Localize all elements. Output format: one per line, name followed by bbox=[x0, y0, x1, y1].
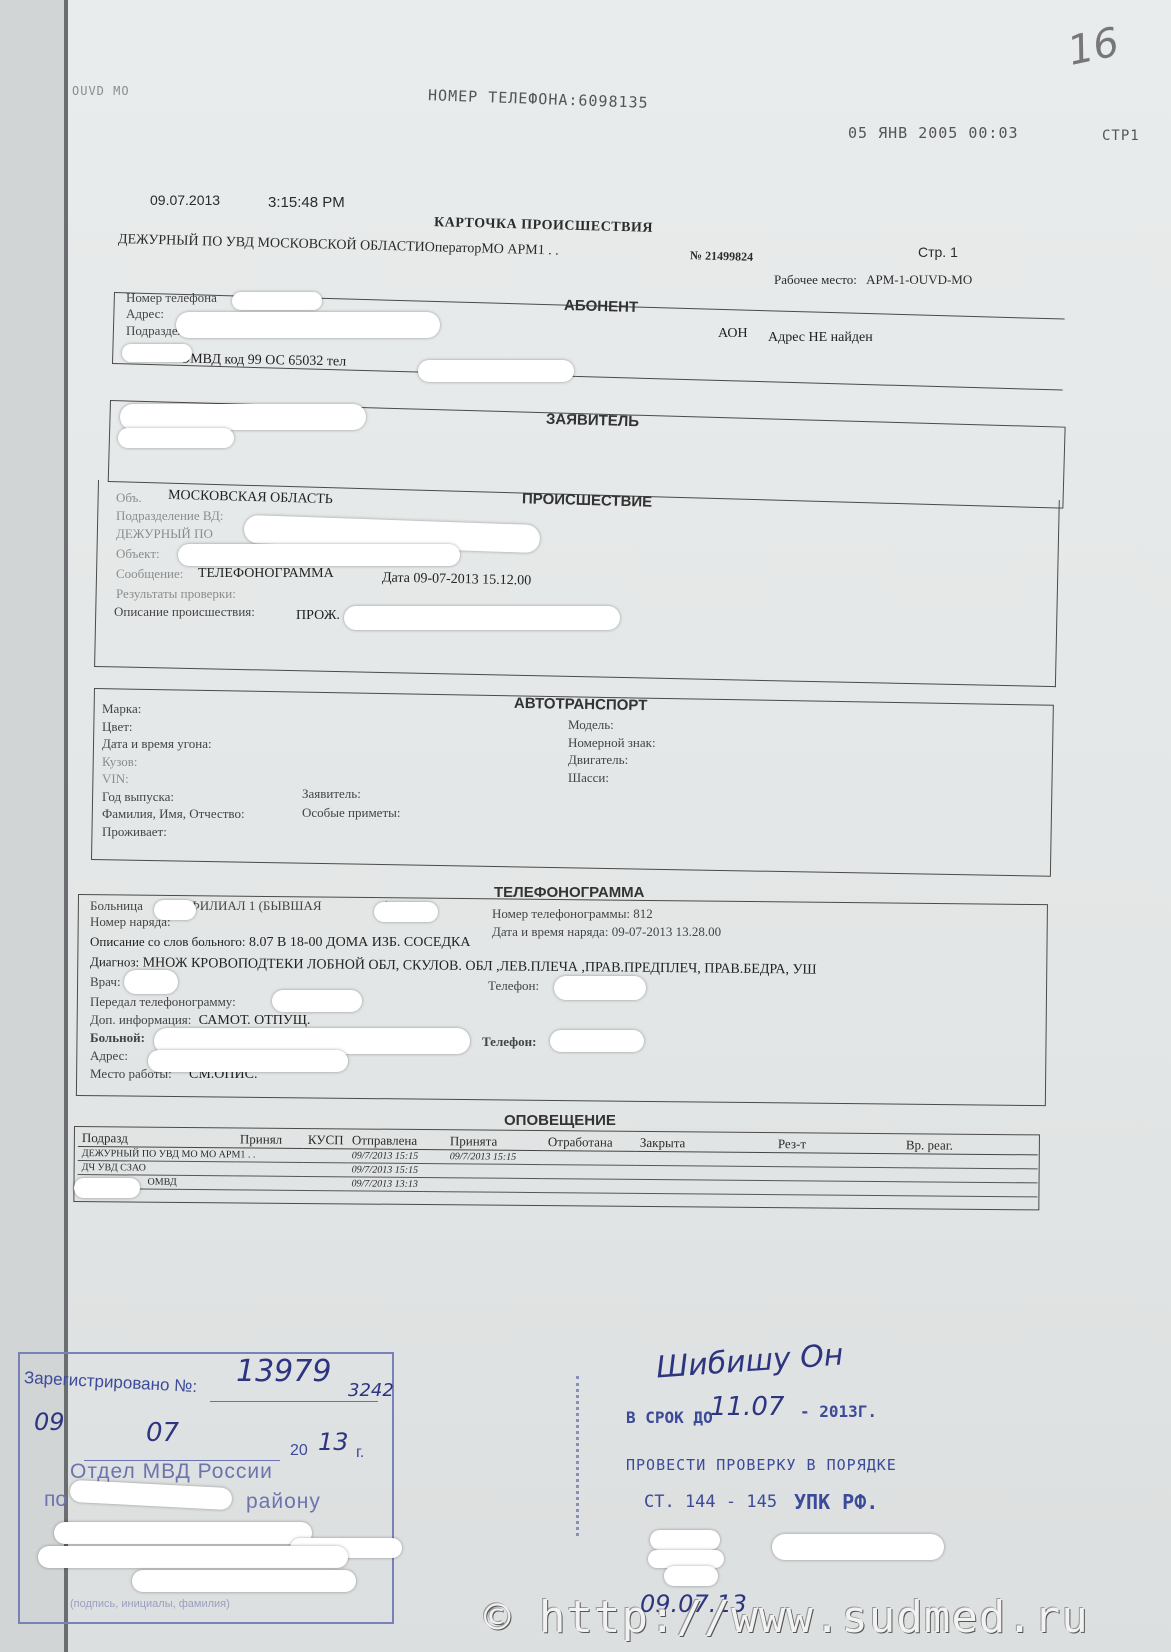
workplace-label: Рабочее место: bbox=[774, 272, 857, 287]
subscriber-division-line: ОМВД код 99 ОС 65032 тел bbox=[180, 352, 346, 371]
vehicle-middle-fields: Заявитель: Особые приметы: bbox=[302, 784, 400, 822]
fax-phone-number: НОМЕР ТЕЛЕФОНА:6098135 bbox=[428, 86, 649, 112]
patient-address-label: Адрес: bbox=[90, 1048, 128, 1064]
signature-caption: (подпись, инициалы, фамилия) bbox=[70, 1598, 230, 1610]
redaction bbox=[178, 544, 460, 566]
print-date: 09.07.2013 bbox=[150, 192, 220, 208]
telephonogram-number-label: Номер телефонограммы: bbox=[492, 906, 630, 921]
redaction bbox=[118, 428, 234, 448]
vehicle-field-residence: Проживает: bbox=[102, 823, 302, 841]
doctor-phone-label: Телефон: bbox=[488, 978, 539, 994]
applicant-title: ЗАЯВИТЕЛЬ bbox=[546, 411, 640, 431]
redaction bbox=[154, 900, 196, 920]
vehicle-field-engine: Двигатель: bbox=[568, 751, 656, 769]
watermark: © http://www.sudmed.ru bbox=[484, 1592, 1089, 1643]
redaction bbox=[38, 1546, 348, 1568]
cell-result bbox=[774, 1153, 902, 1168]
deadline-handwritten: 11.07 bbox=[710, 1392, 784, 1422]
cell-closed bbox=[635, 1179, 773, 1194]
redaction bbox=[148, 1050, 348, 1072]
doctor-label: Врач: bbox=[90, 974, 121, 990]
redaction bbox=[132, 1570, 356, 1592]
incident-message-label: Сообщение: bbox=[116, 566, 183, 582]
diagnosis-label: Диагноз: bbox=[90, 954, 139, 970]
redaction bbox=[650, 1530, 720, 1550]
number-underline bbox=[210, 1401, 378, 1402]
patient-words-value: 8.07 В 18-00 ДОМА ИЗБ. СОСЕДКА bbox=[249, 935, 470, 950]
dept-line2-prefix: по bbox=[44, 1488, 67, 1512]
resolution-line3-suffix: УПК РФ. bbox=[794, 1490, 878, 1514]
redaction bbox=[550, 1030, 644, 1052]
col-processed: Отработана bbox=[544, 1134, 636, 1151]
vehicle-field-vin: VIN: bbox=[102, 770, 302, 788]
col-unit: Подразд bbox=[78, 1130, 236, 1148]
cell-sent: 09/7/2013 13:13 bbox=[347, 1177, 445, 1192]
hospital-line: БольницаП ФИЛИАЛ 1 (БЫВШАЯ) bbox=[90, 898, 390, 914]
deadline-prefix: В СРОК ДО bbox=[626, 1408, 713, 1427]
handwritten-sheet-number: 16 bbox=[1064, 19, 1123, 75]
redaction bbox=[344, 606, 620, 630]
vehicle-field-plate: Номерной знак: bbox=[568, 734, 656, 752]
patient-label: Больной: bbox=[90, 1030, 145, 1046]
extra-info-label: Доп. информация: bbox=[90, 1012, 191, 1027]
subscriber-title: АБОНЕНТ bbox=[564, 297, 639, 316]
stamp-edge-marks bbox=[576, 1376, 585, 1536]
cell-processed bbox=[544, 1165, 636, 1180]
registration-year-end: г. bbox=[356, 1444, 364, 1462]
vehicle-field-model: Модель: bbox=[568, 716, 656, 734]
col-closed: Закрыта bbox=[636, 1135, 774, 1153]
incident-region-label: Объ. bbox=[116, 490, 142, 506]
extra-info: Доп. информация: САМОТ. ОТПУЩ. bbox=[90, 1012, 310, 1029]
incident-object-label: Объект: bbox=[116, 546, 160, 562]
telephonogram-number-value: 812 bbox=[633, 906, 653, 921]
redaction bbox=[272, 990, 362, 1012]
vehicle-field-make: Марка: bbox=[102, 700, 302, 718]
registration-year-prefix: 20 bbox=[290, 1442, 308, 1460]
cell-closed bbox=[636, 1151, 774, 1166]
col-received: Принята bbox=[446, 1133, 544, 1150]
patient-phone-label: Телефон: bbox=[482, 1034, 536, 1050]
workplace: Рабочее место: АРМ-1-OUVD-MO bbox=[774, 272, 972, 288]
resolution-line3-prefix: СТ. 144 - 145 bbox=[644, 1492, 777, 1512]
vehicle-title: АВТОТРАНСПОРТ bbox=[514, 695, 648, 714]
cell-received: 09/7/2013 15:15 bbox=[446, 1150, 544, 1165]
incident-division-label: Подразделение ВД: bbox=[116, 508, 224, 524]
cell-closed bbox=[636, 1165, 774, 1180]
dept-line2-suffix: району bbox=[246, 1490, 321, 1514]
cell-sent: 09/7/2013 15:15 bbox=[348, 1163, 446, 1178]
vehicle-field-special-marks: Особые приметы: bbox=[302, 803, 400, 822]
redaction bbox=[772, 1534, 944, 1560]
print-time: 3:15:48 PM bbox=[268, 194, 345, 211]
extra-info-value: САМОТ. ОТПУЩ. bbox=[199, 1013, 311, 1028]
incident-description-value: ПРОЖ. bbox=[296, 608, 340, 624]
vehicle-field-chassis: Шасси: bbox=[568, 769, 656, 787]
redaction bbox=[232, 292, 322, 310]
redaction bbox=[664, 1566, 718, 1586]
document-page: Стр. 1 bbox=[918, 244, 958, 260]
vehicle-field-theft-datetime: Дата и время угона: bbox=[102, 735, 302, 753]
workplace-value: АРМ-1-OUVD-MO bbox=[866, 272, 972, 287]
subscriber-address-label: Адрес: bbox=[126, 306, 164, 322]
corner-fragment: OUVD MO bbox=[72, 84, 130, 98]
transmitted-label: Передал телефонограмму: bbox=[90, 994, 236, 1010]
deadline-suffix: - 2013Г. bbox=[800, 1402, 877, 1421]
cell-result bbox=[773, 1181, 901, 1196]
redaction bbox=[54, 1522, 312, 1544]
col-accepted-by: Принял bbox=[236, 1131, 304, 1148]
col-reaction-time: Вр. реаг. bbox=[902, 1137, 1038, 1155]
telephonogram-title: ТЕЛЕФОНОГРАММА bbox=[494, 884, 645, 901]
order-datetime-label: Дата и время наряда: bbox=[492, 924, 608, 939]
patient-words: Описание со слов больного: 8.07 В 18-00 … bbox=[90, 934, 470, 951]
incident-description-label: Описание происшествия: bbox=[114, 604, 255, 620]
redaction bbox=[418, 360, 574, 382]
vehicle-field-color: Цвет: bbox=[102, 718, 302, 736]
cell-reaction bbox=[901, 1182, 1037, 1197]
vehicle-right-fields: Модель: Номерной знак: Двигатель: Шасси: bbox=[568, 716, 656, 786]
incident-title: ПРОИСШЕСТВИЕ bbox=[522, 490, 653, 510]
cell-received bbox=[446, 1164, 544, 1179]
order-datetime-value: 09-07-2013 13.28.00 bbox=[612, 924, 721, 939]
subscriber-phone-label: Номер телефона bbox=[126, 290, 217, 306]
cell-processed bbox=[544, 1151, 636, 1166]
col-kusp: КУСП bbox=[304, 1132, 348, 1149]
incident-date-label: Дата bbox=[382, 570, 410, 586]
incident-check-result-label: Результаты проверки: bbox=[116, 586, 236, 602]
redaction bbox=[176, 312, 440, 338]
patient-words-label: Описание со слов больного: bbox=[90, 934, 246, 949]
redaction bbox=[374, 902, 438, 922]
notification-table: Подразд Принял КУСП Отправлена Принята О… bbox=[77, 1130, 1037, 1197]
resolution-line2: ПРОВЕСТИ ПРОВЕРКУ В ПОРЯДКЕ bbox=[626, 1456, 897, 1474]
telephonogram-number: Номер телефонограммы: 812 bbox=[492, 906, 653, 922]
vehicle-field-year: Год выпуска: bbox=[102, 788, 302, 806]
redaction bbox=[124, 970, 178, 994]
cell-sent: 09/7/2013 15:15 bbox=[348, 1149, 446, 1164]
cell-reaction bbox=[902, 1168, 1038, 1183]
cell-reaction bbox=[902, 1154, 1038, 1169]
cell-result bbox=[774, 1167, 902, 1182]
issuer: ДЕЖУРНЫЙ ПО УВД МОСКОВСКОЙ ОБЛАСТИОперат… bbox=[118, 232, 559, 260]
col-result: Рез-т bbox=[774, 1136, 902, 1154]
fax-page: СТР1 bbox=[1102, 128, 1140, 144]
order-datetime: Дата и время наряда: 09-07-2013 13.28.00 bbox=[492, 924, 721, 940]
registered-number: 13979 bbox=[236, 1354, 331, 1389]
vehicle-field-full-name: Фамилия, Имя, Отчество: bbox=[102, 805, 302, 823]
hospital-label: Больница bbox=[90, 898, 143, 913]
address-status: Адрес НЕ найден bbox=[768, 330, 873, 346]
aon-label: АОН bbox=[718, 326, 748, 342]
redaction bbox=[120, 404, 366, 430]
notification-title: ОПОВЕЩЕНИЕ bbox=[504, 1112, 616, 1129]
redaction bbox=[554, 976, 646, 1000]
fax-datetime: 05 ЯНВ 2005 00:03 bbox=[848, 124, 1019, 142]
col-sent: Отправлена bbox=[348, 1132, 446, 1149]
incident-date: Дата 09-07-2013 15.12.00 bbox=[382, 570, 532, 589]
redaction bbox=[74, 1178, 140, 1198]
incident-duty-value: ДЕЖУРНЫЙ ПО bbox=[116, 526, 213, 542]
registration-month: 07 bbox=[146, 1418, 179, 1448]
document-title: КАРТОЧКА ПРОИСШЕСТВИЯ bbox=[434, 215, 653, 237]
vehicle-left-fields: Марка: Цвет: Дата и время угона: Кузов: … bbox=[102, 700, 302, 840]
registered-suffix: 3242 bbox=[348, 1380, 394, 1401]
redaction bbox=[122, 344, 192, 362]
vehicle-field-applicant: Заявитель: bbox=[302, 784, 400, 803]
vehicle-field-body: Кузов: bbox=[102, 753, 302, 771]
document-number: № 21499824 bbox=[690, 248, 753, 265]
incident-date-value: 09-07-2013 15.12.00 bbox=[413, 571, 531, 588]
cell-processed bbox=[543, 1179, 635, 1194]
registration-year-suffix: 13 bbox=[318, 1428, 349, 1456]
hospital-value: П ФИЛИАЛ 1 (БЫВШАЯ bbox=[177, 898, 322, 913]
cell-received bbox=[445, 1178, 543, 1193]
registration-day: 09 bbox=[34, 1408, 65, 1436]
incident-message-value: ТЕЛЕФОНОГРАММА bbox=[198, 566, 334, 582]
